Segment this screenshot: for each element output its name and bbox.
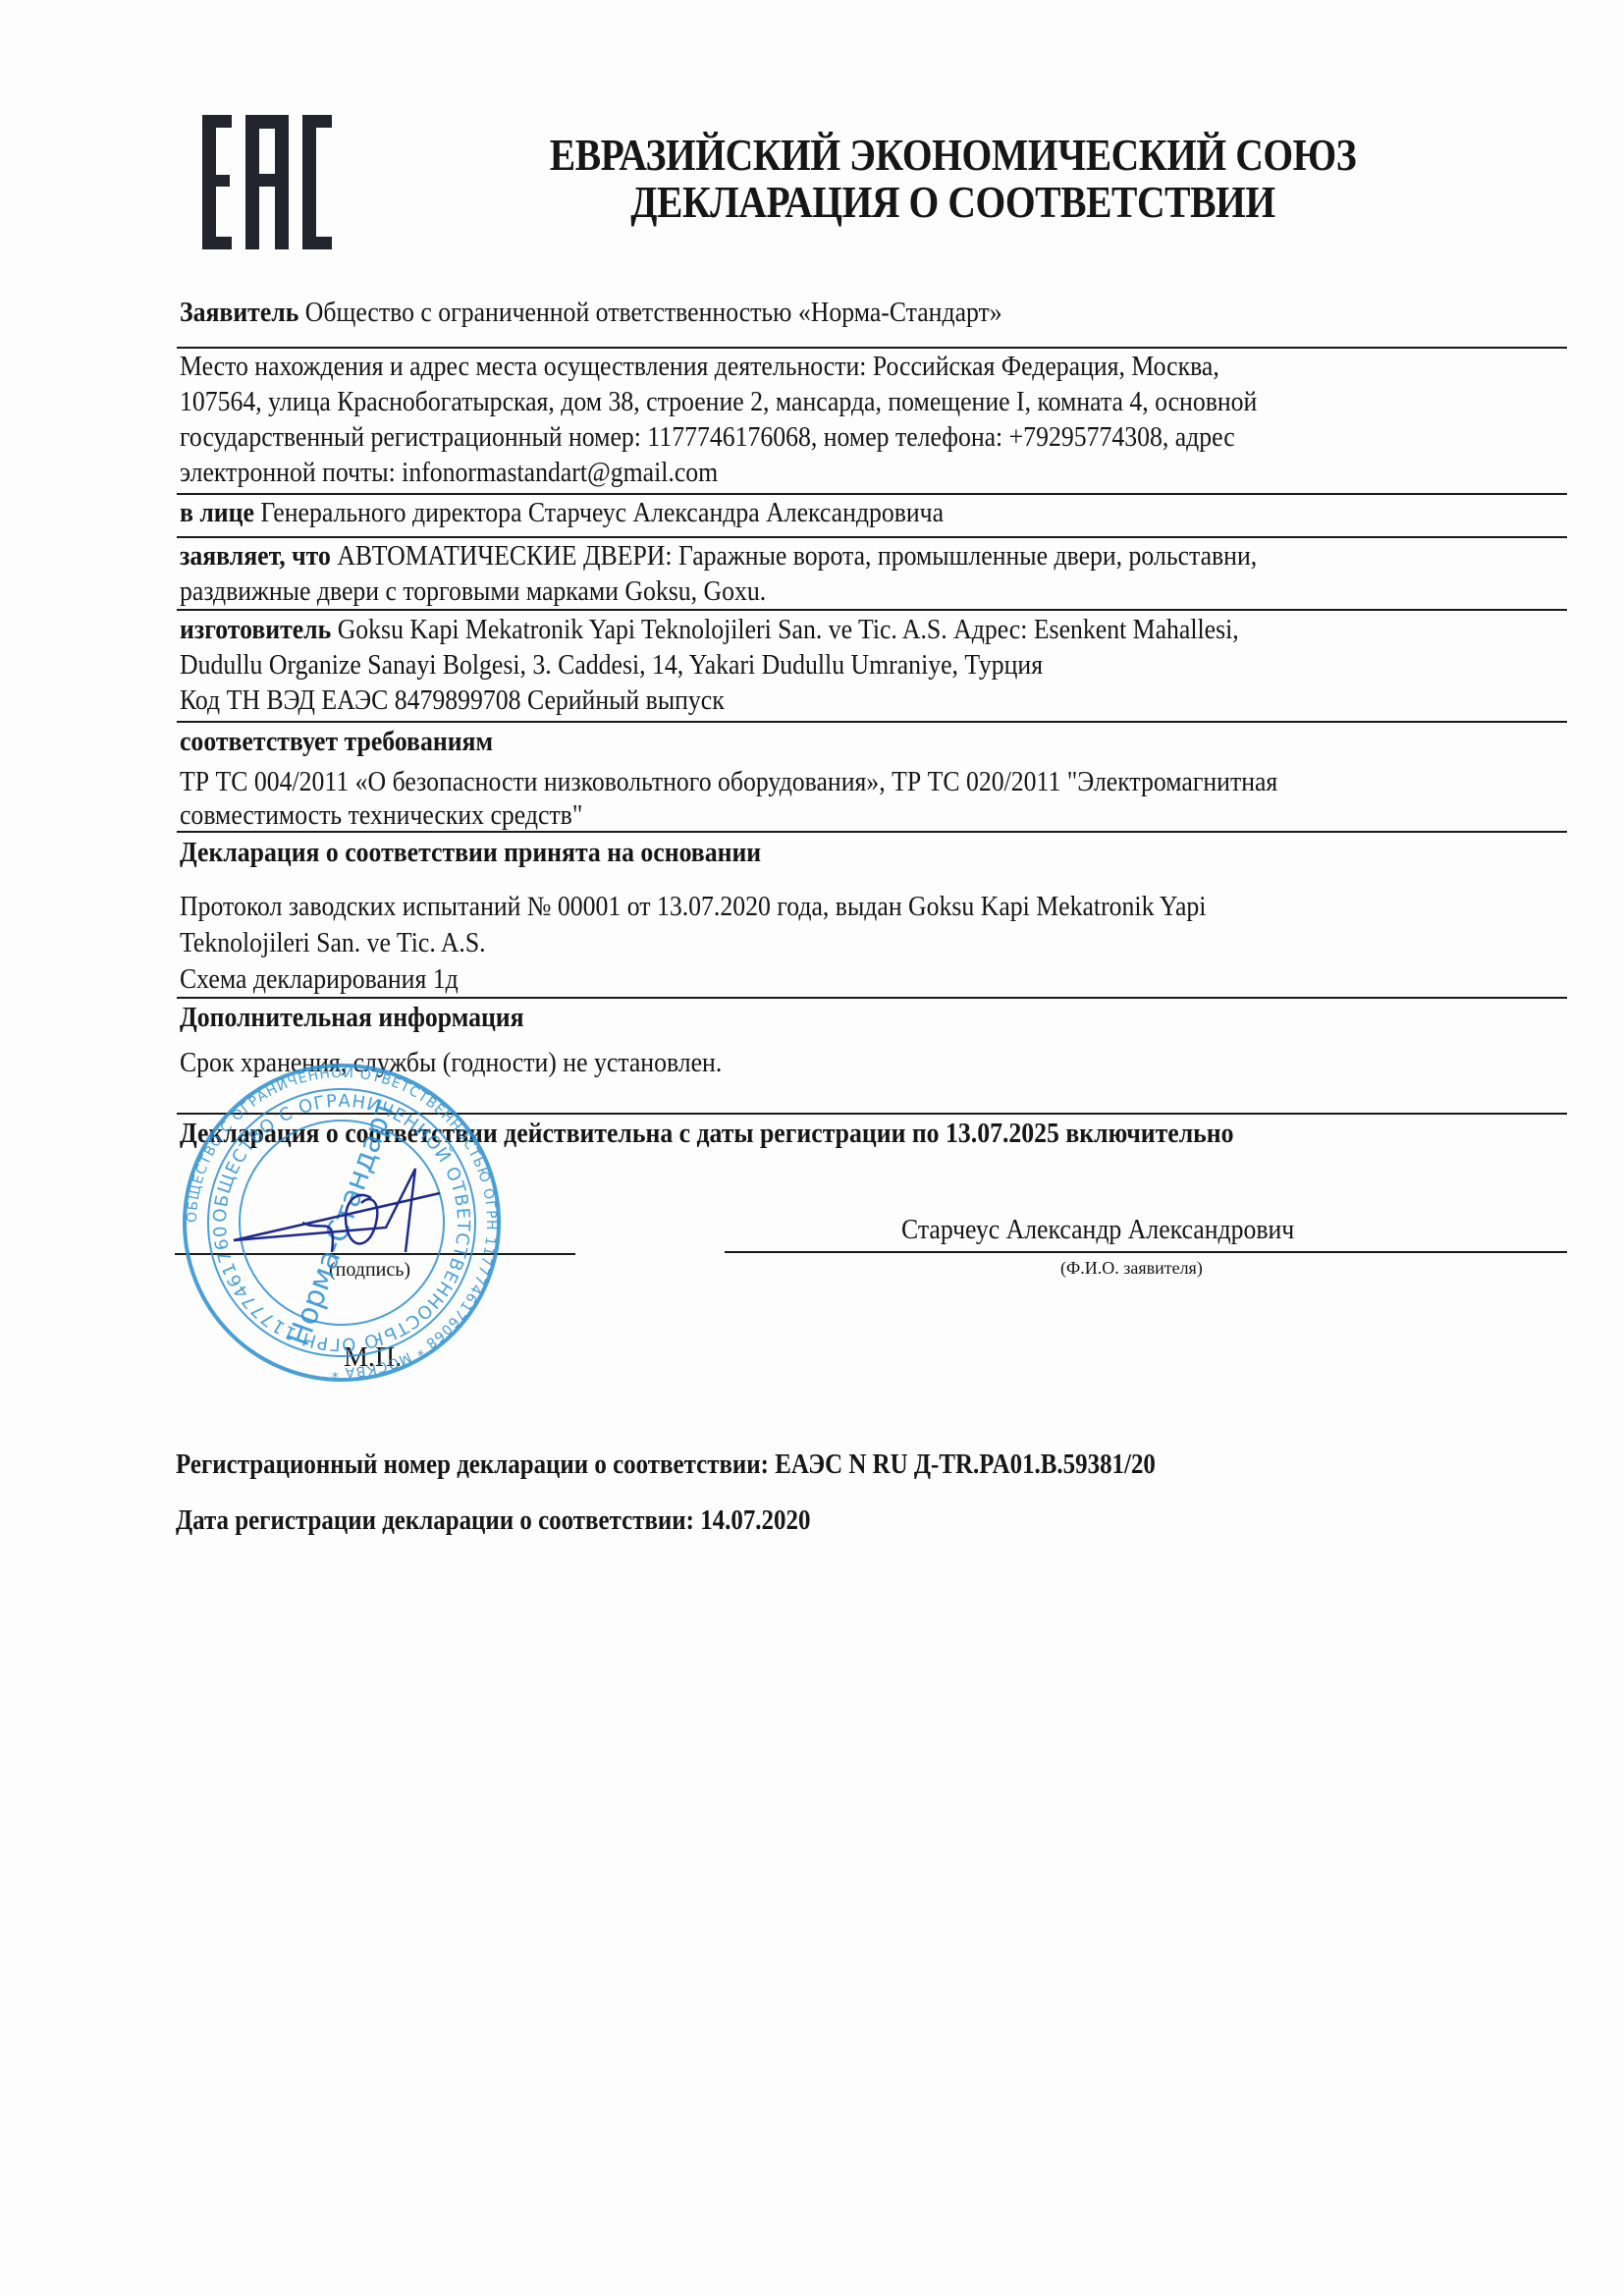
declares-label: заявляет, что <box>180 541 331 572</box>
divider <box>177 997 1567 999</box>
name-line <box>725 1251 1567 1253</box>
svg-text:Норма-Стандарт: Норма-Стандарт <box>282 1095 403 1350</box>
divider <box>177 721 1567 723</box>
divider <box>177 493 1567 495</box>
basis-line-2: Teknolojileri San. ve Tic. A.S. <box>180 927 486 960</box>
divider <box>177 347 1567 349</box>
registration-number: Регистрационный номер декларации о соотв… <box>176 1448 1156 1481</box>
applicant-label: Заявитель <box>180 298 298 328</box>
manufacturer-line-1: Goksu Kapi Mekatronik Yapi Teknolojileri… <box>338 615 1239 645</box>
address-line-4: электронной почты: infonormastandart@gma… <box>180 457 718 490</box>
manufacturer-line-2: Dudullu Organize Sanayi Bolgesi, 3. Cadd… <box>180 649 1043 683</box>
requirements-line-2: совместимость технических средств" <box>180 799 582 833</box>
divider <box>177 831 1567 833</box>
divider <box>177 536 1567 538</box>
requirements-heading: соответствует требованиям <box>180 726 493 759</box>
applicant-row: Заявитель Общество с ограниченной ответс… <box>180 297 1002 330</box>
additional-heading: Дополнительная информация <box>180 1002 524 1035</box>
signer-name: Старчеус Александр Александрович <box>901 1214 1294 1247</box>
declares-line-2: раздвижные двери с торговыми марками Gok… <box>180 575 766 609</box>
header-declaration-title: ДЕКЛАРАЦИЯ О СООТВЕТСТВИИ <box>255 179 1623 226</box>
hs-code-line: Код ТН ВЭД ЕАЭС 8479899708 Серийный выпу… <box>180 684 725 718</box>
manufacturer-label: изготовитель <box>180 615 331 645</box>
applicant-value: Общество с ограниченной ответственностью… <box>305 298 1002 328</box>
declaration-scheme: Схема декларирования 1д <box>180 963 459 997</box>
declares-row: заявляет, что АВТОМАТИЧЕСКИЕ ДВЕРИ: Гара… <box>180 540 1257 574</box>
represented-by-row: в лице Генерального директора Старчеус А… <box>180 497 944 530</box>
declares-line-1: АВТОМАТИЧЕСКИЕ ДВЕРИ: Гаражные ворота, п… <box>337 541 1257 572</box>
divider <box>177 609 1567 611</box>
represented-by-value: Генерального директора Старчеус Александ… <box>260 498 944 528</box>
manufacturer-row: изготовитель Goksu Kapi Mekatronik Yapi … <box>180 614 1239 647</box>
basis-line-1: Протокол заводских испытаний № 00001 от … <box>180 891 1206 924</box>
address-line-1: Место нахождения и адрес места осуществл… <box>180 351 1219 384</box>
header-union-title: ЕВРАЗИЙСКИЙ ЭКОНОМИЧЕСКИЙ СОЮЗ <box>255 132 1623 179</box>
registration-date: Дата регистрации декларации о соответств… <box>176 1503 810 1537</box>
represented-by-label: в лице <box>180 498 254 528</box>
address-line-3: государственный регистрационный номер: 1… <box>180 421 1235 455</box>
company-stamp-icon: ОБЩЕСТВО С ОГРАНИЧЕННОЙ ОТВЕТСТВЕННОСТЬЮ… <box>175 1056 509 1390</box>
address-line-2: 107564, улица Краснобогатырская, дом 38,… <box>180 386 1257 419</box>
basis-heading: Декларация о соответствии принята на осн… <box>180 837 761 870</box>
name-caption: (Ф.И.О. заявителя) <box>1060 1257 1203 1279</box>
requirements-line-1: ТР ТС 004/2011 «О безопасности низковоль… <box>180 766 1277 799</box>
